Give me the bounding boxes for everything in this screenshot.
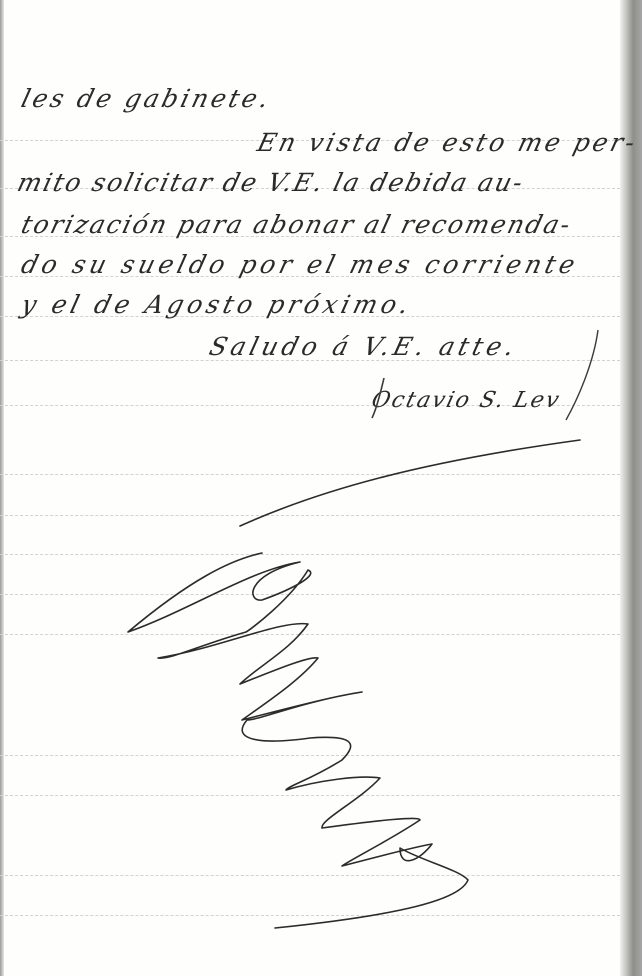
document-page: les de gabinete. En vista de esto me per…: [0, 0, 642, 976]
rubric-flourish-icon: [0, 0, 642, 976]
